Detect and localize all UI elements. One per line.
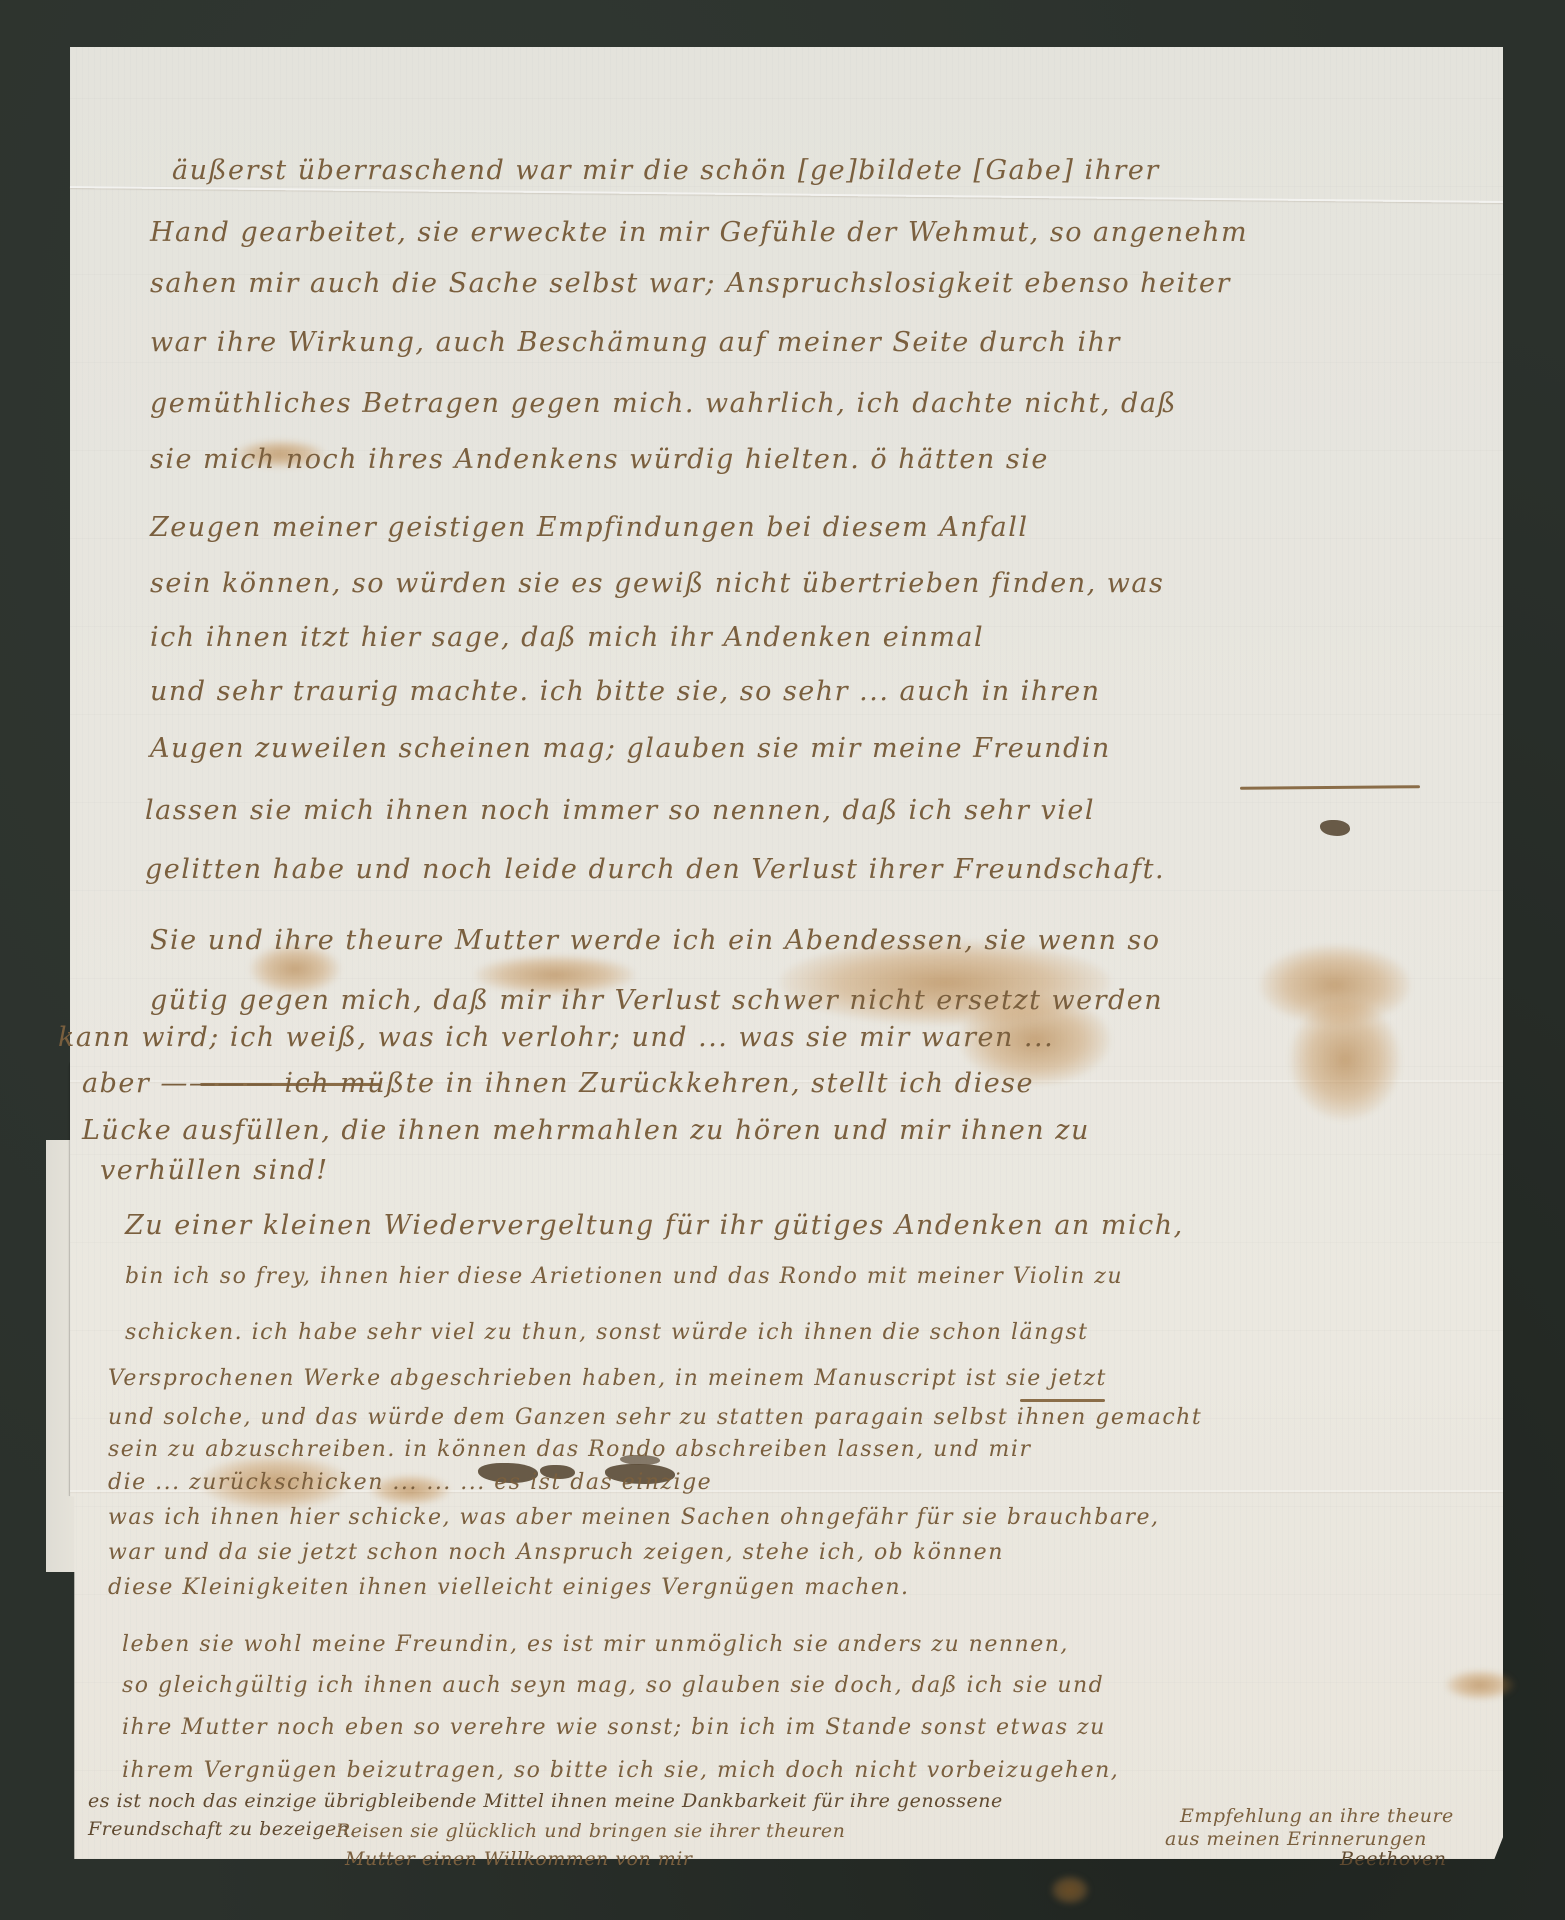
closing-line: Empfehlung an ihre theure <box>1180 1805 1454 1827</box>
letter-line: diese Kleinigkeiten ihnen vielleicht ein… <box>108 1575 910 1600</box>
letter-line: Zu einer kleinen Wiedervergeltung für ih… <box>125 1210 1184 1241</box>
letter-line: ich ihnen itzt hier sage, daß mich ihr A… <box>150 622 984 653</box>
letter-line: Augen zuweilen scheinen mag; glauben sie… <box>150 733 1111 764</box>
letter-line: die ... zurückschicken ... ... ... es is… <box>108 1470 712 1495</box>
letter-line: sein können, so würden sie es gewiß nich… <box>150 568 1164 599</box>
letter-line: schicken. ich habe sehr viel zu thun, so… <box>125 1320 1089 1345</box>
letter-line: es ist noch das einzige übrigbleibende M… <box>88 1790 1003 1812</box>
letter-line: Sie und ihre theure Mutter werde ich ein… <box>150 925 1161 956</box>
closing-line: Reisen sie glücklich und bringen sie ihr… <box>336 1820 845 1842</box>
letter-line: leben sie wohl meine Freundin, es ist mi… <box>122 1632 1069 1657</box>
letter-line: äußerst überraschend war mir die schön [… <box>172 155 1160 186</box>
letter-line: gütig gegen mich, daß mir ihr Verlust sc… <box>150 985 1163 1016</box>
letter-line: ihre Mutter noch eben so verehre wie son… <box>122 1715 1106 1740</box>
letter-line: verhüllen sind! <box>100 1155 329 1186</box>
closing-line: Mutter einen Willkommen von mir <box>345 1848 692 1870</box>
letter-line: so gleichgültig ich ihnen auch seyn mag,… <box>122 1673 1104 1698</box>
letter-line: bin ich so frey, ihnen hier diese Arieti… <box>125 1264 1123 1289</box>
letter-line: Zeugen meiner geistigen Empfindungen bei… <box>150 512 1028 543</box>
letter-line: Versprochenen Werke abgeschrieben haben,… <box>108 1366 1107 1391</box>
letter-line: war und da sie jetzt schon noch Anspruch… <box>108 1540 1004 1565</box>
letter-line: sahen mir auch die Sache selbst war; Ans… <box>150 268 1231 299</box>
letter-line: ihrem Vergnügen beizutragen, so bitte ic… <box>122 1758 1119 1783</box>
signature: Beethoven <box>1340 1848 1446 1870</box>
letter-line: sie mich noch ihres Andenkens würdig hie… <box>150 444 1049 475</box>
letter-line: sein zu abzuschreiben. in können das Ron… <box>108 1437 1031 1462</box>
letter-line: was ich ihnen hier schicke, was aber mei… <box>108 1505 1160 1530</box>
letter-line: und sehr traurig machte. ich bitte sie, … <box>150 676 1100 707</box>
letter-body: äußerst überraschend war mir die schön [… <box>0 0 1565 1920</box>
letter-line: gelitten habe und noch leide durch den V… <box>145 854 1165 885</box>
letter-line: war ihre Wirkung, auch Beschämung auf me… <box>150 327 1121 358</box>
letter-line: Freundschaft zu bezeigen. <box>88 1818 356 1840</box>
letter-line: Hand gearbeitet, sie erweckte in mir Gef… <box>150 217 1248 248</box>
letter-line: lassen sie mich ihnen noch immer so nenn… <box>145 795 1095 826</box>
letter-line: Lücke ausfüllen, die ihnen mehrmahlen zu… <box>82 1115 1090 1146</box>
letter-line: und solche, und das würde dem Ganzen seh… <box>108 1405 1202 1430</box>
letter-line: aber ———— ich müßte in ihnen Zurückkehre… <box>82 1068 1034 1099</box>
letter-line: gemüthliches Betragen gegen mich. wahrli… <box>150 388 1177 419</box>
closing-line: aus meinen Erinnerungen <box>1165 1828 1427 1850</box>
letter-line: kann wird; ich weiß, was ich verlohr; un… <box>58 1022 1054 1053</box>
